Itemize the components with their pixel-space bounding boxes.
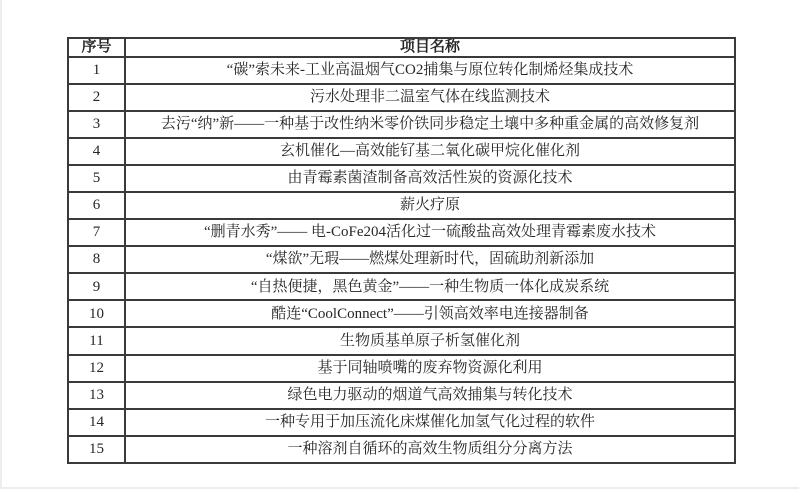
serial-number-cell: 7	[68, 219, 125, 246]
table-row: 6薪火疗原	[68, 192, 735, 219]
table-body: 1“碳”索未来-工业高温烟气CO2捕集与原位转化制烯烃集成技术2污水处理非二温室…	[68, 57, 735, 464]
project-name-cell: 生物质基单原子析氢催化剂	[125, 327, 735, 354]
table-row: 14一种专用于加压流化床煤催化加氢气化过程的软件	[68, 409, 735, 436]
project-name-cell: 一种溶剂自循环的高效生物质组分分离方法	[125, 436, 735, 463]
table-row: 2污水处理非二温室气体在线监测技术	[68, 84, 735, 111]
document-page: 序号 项目名称 1“碳”索未来-工业高温烟气CO2捕集与原位转化制烯烃集成技术2…	[0, 0, 799, 489]
project-name-cell: 玄机催化—高效能钌基二氧化碳甲烷化催化剂	[125, 138, 735, 165]
table-row: 1“碳”索未来-工业高温烟气CO2捕集与原位转化制烯烃集成技术	[68, 57, 735, 84]
table-row: 5由青霉素菌渣制备高效活性炭的资源化技术	[68, 165, 735, 192]
serial-number-cell: 2	[68, 84, 125, 111]
column-header-project-name: 项目名称	[125, 38, 735, 57]
column-header-serial-number: 序号	[68, 38, 125, 57]
table-row: 12基于同轴喷嘴的废弃物资源化利用	[68, 355, 735, 382]
table-row: 3去污“纳”新——一种基于改性纳米零价铁同步稳定土壤中多种重金属的高效修复剂	[68, 111, 735, 138]
serial-number-cell: 9	[68, 273, 125, 300]
table-row: 8“煤欲”无瑕——燃煤处理新时代，固硫助剂新添加	[68, 246, 735, 273]
table-row: 7“删青水秀”—— 电-CoFe204活化过一硫酸盐高效处理青霉素废水技术	[68, 219, 735, 246]
project-name-cell: “煤欲”无瑕——燃煤处理新时代，固硫助剂新添加	[125, 246, 735, 273]
table-row: 9“自热便捷，黑色黄金”——一种生物质一体化成炭系统	[68, 273, 735, 300]
serial-number-cell: 11	[68, 327, 125, 354]
header-row: 序号 项目名称	[68, 38, 735, 57]
serial-number-cell: 12	[68, 355, 125, 382]
serial-number-cell: 15	[68, 436, 125, 463]
serial-number-cell: 6	[68, 192, 125, 219]
table-row: 4玄机催化—高效能钌基二氧化碳甲烷化催化剂	[68, 138, 735, 165]
project-name-cell: “碳”索未来-工业高温烟气CO2捕集与原位转化制烯烃集成技术	[125, 57, 735, 84]
project-name-cell: 基于同轴喷嘴的废弃物资源化利用	[125, 355, 735, 382]
table-row: 13绿色电力驱动的烟道气高效捕集与转化技术	[68, 382, 735, 409]
project-name-cell: 酷连“CoolConnect”——引领高效率电连接器制备	[125, 300, 735, 327]
project-name-cell: 一种专用于加压流化床煤催化加氢气化过程的软件	[125, 409, 735, 436]
table-row: 15一种溶剂自循环的高效生物质组分分离方法	[68, 436, 735, 463]
project-name-cell: 由青霉素菌渣制备高效活性炭的资源化技术	[125, 165, 735, 192]
project-name-cell: 污水处理非二温室气体在线监测技术	[125, 84, 735, 111]
serial-number-cell: 5	[68, 165, 125, 192]
serial-number-cell: 10	[68, 300, 125, 327]
serial-number-cell: 8	[68, 246, 125, 273]
project-name-table: 序号 项目名称 1“碳”索未来-工业高温烟气CO2捕集与原位转化制烯烃集成技术2…	[67, 37, 736, 464]
serial-number-cell: 3	[68, 111, 125, 138]
project-name-cell: 去污“纳”新——一种基于改性纳米零价铁同步稳定土壤中多种重金属的高效修复剂	[125, 111, 735, 138]
project-name-cell: “删青水秀”—— 电-CoFe204活化过一硫酸盐高效处理青霉素废水技术	[125, 219, 735, 246]
project-name-cell: 薪火疗原	[125, 192, 735, 219]
serial-number-cell: 14	[68, 409, 125, 436]
project-name-cell: 绿色电力驱动的烟道气高效捕集与转化技术	[125, 382, 735, 409]
serial-number-cell: 1	[68, 57, 125, 84]
table-row: 11生物质基单原子析氢催化剂	[68, 327, 735, 354]
table-row: 10酷连“CoolConnect”——引领高效率电连接器制备	[68, 300, 735, 327]
serial-number-cell: 4	[68, 138, 125, 165]
serial-number-cell: 13	[68, 382, 125, 409]
project-name-cell: “自热便捷，黑色黄金”——一种生物质一体化成炭系统	[125, 273, 735, 300]
